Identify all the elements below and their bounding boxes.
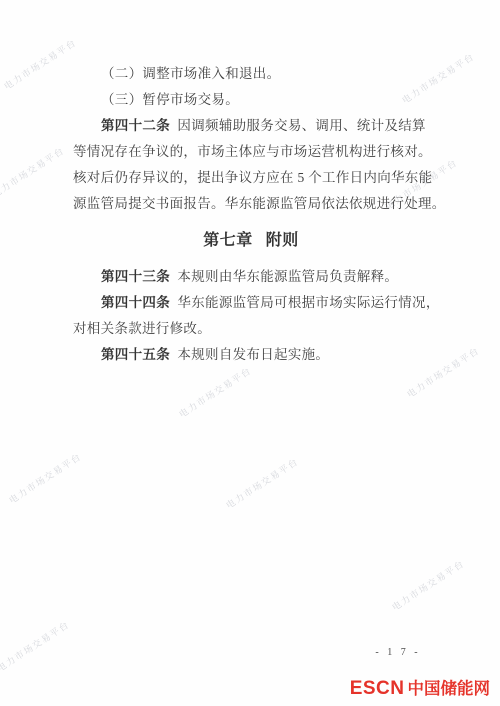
document-line: （三）暂停市场交易。 [73, 87, 429, 113]
document-line: 第四十二条因调频辅助服务交易、调用、统计及结算 [73, 113, 429, 139]
diagonal-watermark: 电力市场交易平台 [223, 455, 301, 512]
diagonal-watermark: 电力市场交易平台 [0, 144, 67, 201]
chapter-title: 附则 [266, 232, 299, 249]
document-line: 核对后仍存异议的，提出争议方应在 5 个工作日内向华东能 [73, 165, 429, 191]
article-number: 第四十三条 [101, 269, 170, 284]
chapter-heading: 第七章附则 [73, 228, 429, 254]
diagonal-watermark: 电力市场交易平台 [176, 364, 254, 421]
document-line: 第四十五条本规则自发布日起实施。 [73, 342, 429, 368]
chapter-number: 第七章 [203, 232, 253, 249]
document-line: 等情况存在争议的，市场主体应与市场运营机构进行核对。 [73, 139, 429, 165]
document-content: （二）调整市场准入和退出。（三）暂停市场交易。第四十二条因调频辅助服务交易、调用… [73, 61, 429, 368]
document-line: 第四十四条华东能源监管局可根据市场实际运行情况， [73, 290, 429, 316]
page-number: - 1 7 - [350, 647, 446, 658]
document-line: （二）调整市场准入和退出。 [73, 61, 429, 87]
diagonal-watermark: 电力市场交易平台 [6, 450, 84, 507]
paragraph-block-before-heading: （二）调整市场准入和退出。（三）暂停市场交易。第四十二条因调频辅助服务交易、调用… [73, 61, 429, 217]
document-line: 第四十三条本规则由华东能源监管局负责解释。 [73, 264, 429, 290]
document-line: 对相关条款进行修改。 [73, 316, 429, 342]
article-number: 第四十二条 [101, 118, 170, 133]
escn-logo-latin: ESCN [350, 678, 405, 699]
diagonal-watermark: 电力市场交易平台 [0, 618, 72, 675]
diagonal-watermark: 电力市场交易平台 [1, 36, 79, 93]
article-number: 第四十五条 [101, 347, 170, 362]
paragraph-block-after-heading: 第四十三条本规则由华东能源监管局负责解释。第四十四条华东能源监管局可根据市场实际… [73, 264, 429, 368]
escn-logo-chinese: 中国储能网 [408, 680, 491, 698]
diagonal-watermark: 电力市场交易平台 [389, 557, 467, 614]
article-number: 第四十四条 [101, 295, 170, 310]
document-page: 电力市场交易平台电力市场交易平台电力市场交易平台电力市场交易平台电力市场交易平台… [0, 0, 500, 706]
document-line: 源监管局提交书面报告。华东能源监管局依法依规进行处理。 [73, 191, 429, 217]
escn-logo: ESCN中国储能网 [350, 675, 490, 700]
